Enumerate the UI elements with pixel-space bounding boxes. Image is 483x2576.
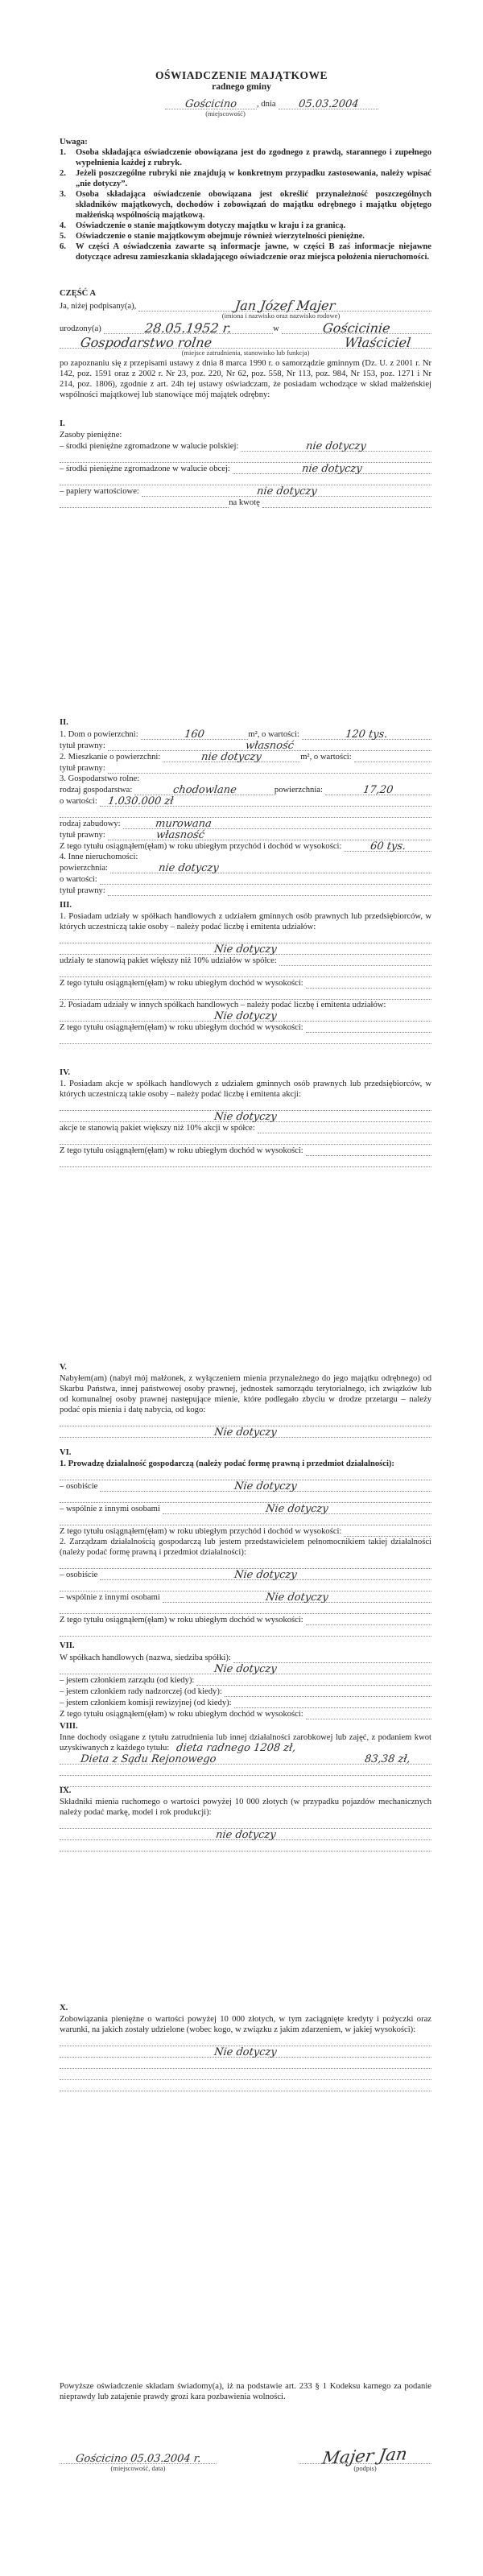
management-income-line	[306, 1624, 431, 1625]
securities-value: nie dotyczy	[256, 487, 317, 497]
management-personally-label: – osobiście	[60, 1570, 100, 1580]
movable-property-value: nie dotyczy	[215, 1831, 276, 1840]
farm-title-row: tytuł prawny: własność	[60, 829, 431, 840]
house-row: 1. Dom o powierzchni: 160 m², o wartości…	[60, 729, 431, 740]
farm-type-line: chodowlane	[134, 785, 275, 795]
cash-fx-line: nie dotyczy	[233, 464, 431, 474]
cash-pln-value: nie dotyczy	[306, 442, 367, 452]
farm-income-line: 60 tys.	[344, 841, 431, 852]
shares-other-income-label: Z tego tytułu osiągnąłem(ęłam) w roku ub…	[60, 1022, 306, 1033]
other-title-row: tytuł prawny:	[60, 885, 431, 896]
section-10-number: X.	[60, 2003, 431, 2014]
sign-signature: Majer Jan (podpis)	[299, 2447, 431, 2472]
companies-value: Nie dotyczy	[213, 1665, 277, 1674]
house-value-line: 120 tys.	[302, 729, 431, 740]
born-in-label: w	[273, 324, 282, 334]
acquired-property-paragraph: Nabyłem(am) (nabył mój małżonek, z wyłąc…	[60, 1373, 431, 1415]
declarant-name: Jan Józef Majer	[234, 299, 336, 312]
section-9-block: IX. Składniki mienia ruchomego o wartośc…	[60, 1785, 431, 1851]
note-number: 5.	[60, 231, 76, 242]
place-caption: (miejscowość)	[165, 109, 286, 118]
section-7-block: VII. W spółkach handlowych (nazwa, siedz…	[60, 1641, 431, 1719]
farm-area-line: 17,20	[325, 785, 431, 795]
section-1-number: I.	[60, 419, 431, 430]
place-line: Gościcino	[165, 99, 257, 109]
sign-place-date-value: Gościcino 05.03.2004 r.	[75, 2454, 201, 2464]
stocks-income-row: Z tego tytułu osiągnąłem(ęłam) w roku ub…	[60, 1145, 431, 1156]
management-jointly-value: Nie dotyczy	[265, 1593, 328, 1603]
note-text: Jeżeli poszczególne rubryki nie znajdują…	[76, 168, 431, 189]
farm-title-label: tytuł prawny:	[60, 830, 108, 840]
employment-row: Gospodarstwo rolne Właściciel	[60, 336, 431, 349]
dotted-line	[60, 2035, 431, 2046]
note-text: Oświadczenie o stanie majątkowym obejmuj…	[76, 231, 431, 242]
securities-label: – papiery wartościowe:	[60, 486, 142, 497]
farm-title-value: własność	[155, 831, 204, 840]
cash-pln-label: – środki pieniężne zgromadzone w walucie…	[60, 441, 241, 452]
stocks-income-label: Z tego tytułu osiągnąłem(ęłam) w roku ub…	[60, 1146, 306, 1156]
dotted-line	[60, 1133, 431, 1145]
apartment-value-line	[354, 762, 431, 762]
board-member-label: – jestem członkiem zarządu (od kiedy):	[60, 1675, 196, 1686]
farm-value-label: o wartości:	[60, 796, 100, 807]
section-5-block: V. Nabyłem(am) (nabył mój małżonek, z wy…	[60, 1362, 431, 1438]
note-number: 4.	[60, 221, 76, 231]
legal-clause: po zapoznaniu się z przepisami ustawy z …	[60, 358, 431, 400]
management-income-label: Z tego tytułu osiągnąłem(ęłam) w roku ub…	[60, 1615, 306, 1625]
section-1-title: Zasoby pieniężne:	[60, 430, 431, 440]
farm-type-value: chodowlane	[172, 786, 237, 795]
employment-line: Gospodarstwo rolne Właściciel	[60, 336, 431, 349]
section-3-block: III. 1. Posiadam udziały w spółkach hand…	[60, 900, 431, 1044]
companies-value-line: Nie dotyczy	[60, 1664, 431, 1674]
dotted-line	[60, 989, 431, 1000]
dotted-line	[60, 2058, 431, 2069]
farm-build-value: murowana	[155, 819, 212, 829]
business-personally-label: – osobiście	[60, 1481, 100, 1492]
management-income-row: Z tego tytułu osiągnąłem(ęłam) w roku ub…	[60, 1614, 431, 1625]
farm-area-value: 17,20	[363, 786, 394, 795]
dotted-line	[60, 2069, 431, 2080]
movable-property-value-row: nie dotyczy	[60, 1829, 431, 1840]
signature-row: Majer Jan	[299, 2447, 431, 2464]
section-2-number: II.	[60, 717, 431, 729]
document-subtitle: radnego gminy	[0, 81, 483, 93]
dotted-line	[60, 1156, 431, 1167]
dotted-line	[60, 2080, 431, 2091]
dotted-line	[60, 932, 431, 943]
farm-build-row: rodzaj zabudowy: murowana	[60, 818, 431, 829]
other-income-value-1: dieta radnego 1208 zł,	[175, 1744, 296, 1753]
business-personally-value: Nie dotyczy	[234, 1482, 298, 1492]
audit-member-label: – jestem członkiem komisji rewizyjnej (o…	[60, 1698, 234, 1708]
companies-label: W spółkach handlowych (nazwa, siedziba s…	[60, 1653, 233, 1663]
other-title-label: tytuł prawny:	[60, 885, 108, 896]
birth-row: urodzony(a) 28.05.1952 r. w Gościcinie	[60, 321, 431, 334]
dotted-line	[60, 807, 431, 818]
place-date-row: Gościcino , dnia 05.03.2004	[165, 98, 378, 109]
other-estate-label: 4. Inne nieruchomości:	[60, 852, 431, 862]
shares-municipal-line: Nie dotyczy	[60, 944, 431, 955]
farm-type-label: rodzaj gospodarstwa:	[60, 785, 134, 795]
section-8-number: VIII.	[60, 1721, 431, 1732]
companies-row: W spółkach handlowych (nazwa, siedziba s…	[60, 1652, 431, 1663]
house-area-line: 160	[141, 729, 249, 740]
dnia-label: , dnia	[257, 99, 279, 109]
signature-block: Gościcino 05.03.2004 r. (miejscowość, da…	[60, 2447, 431, 2472]
stocks-packet-line	[258, 1133, 431, 1133]
place-value: Gościcino	[184, 100, 237, 109]
management-personally-value: Nie dotyczy	[234, 1571, 298, 1580]
note-number: 6.	[60, 242, 76, 262]
farm-label: 3. Gospodarstwo rolne:	[60, 774, 431, 784]
signature-value: Majer Jan	[321, 2446, 408, 2466]
section-6-number: VI.	[60, 1447, 431, 1459]
apartment-value: nie dotyczy	[201, 753, 262, 762]
criminal-liability-clause: Powyższe oświadczenie składam świadomy(a…	[60, 2381, 431, 2402]
dotted-line	[60, 1469, 431, 1480]
document-header: OŚWIADCZENIE MAJĄTKOWE radnego gminy	[0, 69, 483, 93]
stocks-income-line	[306, 1155, 431, 1156]
dotted-line	[60, 1625, 431, 1637]
farm-title-line: własność	[108, 830, 431, 840]
companies-value-row: Nie dotyczy	[60, 1663, 431, 1674]
securities-line: nie dotyczy	[142, 486, 431, 497]
dotted-line	[60, 1415, 431, 1426]
business-activity-paragraph: 1. Prowadzę działalność gospodarczą (nal…	[60, 1459, 431, 1469]
date-value: 05.03.2004	[298, 100, 359, 109]
note-item: 1. Osoba składająca oświadczenie obowiąz…	[60, 147, 431, 168]
footer-clause-block: Powyższe oświadczenie składam świadomy(a…	[60, 2381, 431, 2402]
house-title-value: własność	[245, 741, 294, 751]
date-line: 05.03.2004	[279, 99, 378, 109]
birth-label: urodzony(a)	[60, 324, 104, 334]
section-3-number: III.	[60, 900, 431, 911]
shares-municipal-paragraph: 1. Posiadam udziały w spółkach handlowyc…	[60, 911, 431, 932]
farm-area-label: powierzchnia:	[275, 785, 325, 795]
part-a-block: CZĘŚĆ A Ja, niżej podpisany(a), Jan Józe…	[60, 288, 431, 400]
farm-income-label: Z tego tytułu osiągnąłem(ęłam) w roku ub…	[60, 841, 344, 852]
business-income-label: Z tego tytułu osiągnąłem(ęłam) w roku ub…	[60, 1526, 344, 1537]
business-personally-row: – osobiście Nie dotyczy	[60, 1480, 431, 1492]
amount-left-line	[60, 507, 229, 508]
liabilities-paragraph: Zobowiązania pieniężne o wartości powyże…	[60, 2014, 431, 2035]
cash-fx-row: – środki pieniężne zgromadzone w walucie…	[60, 463, 431, 474]
sign-place-date-caption: (miejscowość, data)	[60, 2464, 217, 2472]
shares-municipal-value-row: Nie dotyczy	[60, 943, 431, 955]
dotted-line	[60, 1514, 431, 1525]
notes-block: Uwaga: 1. Osoba składająca oświadczenie …	[60, 137, 431, 262]
apartment-title-row: tytuł prawny:	[60, 762, 431, 774]
liabilities-value: Nie dotyczy	[213, 2048, 277, 2058]
note-item: 2. Jeżeli poszczególne rubryki nie znajd…	[60, 168, 431, 189]
management-jointly-label: – wspólnie z innymi osobami	[60, 1592, 163, 1603]
supervisory-member-label: – jestem członkiem rady nadzorczej (od k…	[60, 1686, 225, 1697]
movable-property-paragraph: Składniki mienia ruchomego o wartości po…	[60, 1797, 431, 1818]
dotted-line	[60, 1580, 431, 1591]
shares-other-income-row: Z tego tytułu osiągnąłem(ęłam) w roku ub…	[60, 1022, 431, 1033]
position-value: Właściciel	[344, 336, 411, 349]
securities-row: – papiery wartościowe: nie dotyczy	[60, 485, 431, 497]
note-number: 1.	[60, 147, 76, 168]
apartment-row: 2. Mieszkanie o powierzchni: nie dotyczy…	[60, 751, 431, 762]
house-title-row: tytuł prawny: własność	[60, 740, 431, 751]
note-text: Osoba składająca oświadczenie obowiązana…	[76, 147, 431, 168]
apartment-unit-label: m², o wartości:	[300, 752, 354, 762]
board-member-row: – jestem członkiem zarządu (od kiedy):	[60, 1674, 431, 1686]
liabilities-value-row: Nie dotyczy	[60, 2046, 431, 2058]
business-jointly-row: – wspólnie z innymi osobami Nie dotyczy	[60, 1503, 431, 1514]
section-2-block: II. 1. Dom o powierzchni: 160 m², o wart…	[60, 717, 431, 896]
other-area-line: nie dotyczy	[110, 863, 431, 873]
dotted-line	[60, 1818, 431, 1829]
other-income-value-row: Dieta z Sądu Rejonowego 83,38 zł,	[60, 1753, 431, 1765]
section-6-block: VI. 1. Prowadzę działalność gospodarczą …	[60, 1447, 431, 1637]
dotted-line	[60, 966, 431, 977]
place-date-block: Gościcino , dnia 05.03.2004 (miejscowość…	[165, 98, 378, 118]
note-text: Oświadczenie o stanie majątkowym dotyczy…	[76, 221, 431, 231]
board-member-line	[196, 1685, 431, 1686]
management-jointly-row: – wspólnie z innymi osobami Nie dotyczy	[60, 1591, 431, 1603]
stocks-packet-label: akcje te stanowią pakiet większy niż 10%…	[60, 1123, 258, 1133]
shares-other-value-row: Nie dotyczy	[60, 1010, 431, 1022]
farm-type-row: rodzaj gospodarstwa: chodowlane powierzc…	[60, 784, 431, 795]
farm-build-line: murowana	[123, 819, 431, 829]
farm-income-value: 60 tys.	[369, 842, 407, 852]
other-value-label: o wartości:	[60, 874, 100, 885]
stocks-paragraph: 1. Posiadam akcje w spółkach handlowych …	[60, 1079, 431, 1100]
dotted-line	[60, 452, 431, 463]
dotted-line	[60, 1840, 431, 1851]
securities-amount-row: na kwotę	[60, 497, 431, 508]
section-8-block: VIII. Inne dochody osiągane z tytułu zat…	[60, 1721, 431, 1787]
farm-value: 1.030.000 zł	[107, 797, 174, 807]
apartment-label: 2. Mieszkanie o powierzchni:	[60, 752, 163, 762]
other-value-row: o wartości:	[60, 873, 431, 885]
acquired-property-value-row: Nie dotyczy	[60, 1426, 431, 1438]
apartment-title-label: tytuł prawny:	[60, 763, 108, 774]
other-income-line: Dieta z Sądu Rejonowego 83,38 zł,	[60, 1754, 431, 1765]
dotted-line	[60, 1492, 431, 1503]
shares-other-value: Nie dotyczy	[213, 1012, 277, 1022]
house-area-value: 160	[184, 730, 204, 740]
amount-label: na kwotę	[229, 497, 262, 508]
management-personally-row: – osobiście Nie dotyczy	[60, 1569, 431, 1580]
birth-place: Gościcinie	[322, 322, 391, 334]
birth-date: 28.05.1952 r.	[144, 322, 233, 334]
audit-member-row: – jestem członkiem komisji rewizyjnej (o…	[60, 1697, 431, 1708]
section-4-block: IV. 1. Posiadam akcje w spółkach handlow…	[60, 1067, 431, 1167]
dotted-line	[60, 1558, 431, 1569]
acquired-property-line: Nie dotyczy	[60, 1427, 431, 1438]
other-income-amount-2: 83,38 zł,	[365, 1755, 411, 1765]
other-area-row: powierzchnia: nie dotyczy	[60, 862, 431, 873]
cash-fx-label: – środki pieniężne zgromadzone w walucie…	[60, 464, 233, 474]
employment-value: Gospodarstwo rolne	[80, 336, 213, 349]
cash-pln-line: nie dotyczy	[241, 441, 431, 452]
note-number: 2.	[60, 168, 76, 189]
house-title-line: własność	[108, 741, 431, 751]
sign-place-date: Gościcino 05.03.2004 r. (miejscowość, da…	[60, 2453, 217, 2472]
sign-place-date-line: Gościcino 05.03.2004 r.	[60, 2454, 217, 2464]
section-10-block: X. Zobowiązania pieniężne o wartości pow…	[60, 2003, 431, 2091]
farm-value-line: 1.030.000 zł	[100, 796, 431, 807]
dotted-line	[60, 1603, 431, 1614]
shares-other-line: Nie dotyczy	[60, 1011, 431, 1022]
management-jointly-line: Nie dotyczy	[163, 1592, 431, 1603]
notes-heading: Uwaga:	[60, 137, 431, 147]
shares-packet-label: udziały te stanowią pakiet większy niż 1…	[60, 956, 279, 966]
stocks-value: Nie dotyczy	[213, 1113, 277, 1122]
section-4-number: IV.	[60, 1067, 431, 1079]
other-area-value: nie dotyczy	[158, 864, 219, 873]
declarant-name-line: Jan Józef Majer	[138, 299, 431, 312]
dotted-line	[60, 474, 431, 485]
audit-member-line	[234, 1707, 431, 1708]
stocks-value-line: Nie dotyczy	[60, 1112, 431, 1122]
stocks-packet-row: akcje te stanowią pakiet większy niż 10%…	[60, 1122, 431, 1133]
companies-income-label: Z tego tytułu osiągnąłem(ęłam) w roku ub…	[60, 1709, 306, 1719]
note-item: 6. W części A oświadczenia zawarte są in…	[60, 242, 431, 262]
note-item: 3. Osoba składająca oświadczenie obowiąz…	[60, 189, 431, 221]
supervisory-member-line	[225, 1696, 431, 1697]
business-jointly-line: Nie dotyczy	[163, 1504, 431, 1514]
shares-income-label: Z tego tytułu osiągnąłem(ęłam) w roku ub…	[60, 978, 306, 989]
apartment-area-line: nie dotyczy	[163, 752, 300, 762]
other-income-value-2: Dieta z Sądu Rejonowego	[80, 1755, 217, 1765]
dotted-line	[60, 1765, 431, 1776]
farm-value-row: o wartości: 1.030.000 zł	[60, 795, 431, 807]
liabilities-line: Nie dotyczy	[60, 2047, 431, 2058]
note-text: W części A oświadczenia zawarte są infor…	[76, 242, 431, 262]
business-personally-line: Nie dotyczy	[100, 1481, 431, 1492]
companies-income-line	[306, 1719, 431, 1719]
management-personally-line: Nie dotyczy	[100, 1570, 431, 1580]
companies-income-row: Z tego tytułu osiągnąłem(ęłam) w roku ub…	[60, 1708, 431, 1719]
supervisory-member-row: – jestem członkiem rady nadzorczej (od k…	[60, 1686, 431, 1697]
other-value-line	[100, 884, 431, 885]
dotted-line	[60, 1033, 431, 1044]
section-1-block: I. Zasoby pieniężne: – środki pieniężne …	[60, 419, 431, 508]
house-unit-label: m², o wartości:	[248, 729, 302, 740]
note-number: 3.	[60, 189, 76, 221]
amount-right-line	[262, 507, 431, 508]
birth-place-line: Gościcinie	[282, 321, 431, 334]
cash-fx-value: nie dotyczy	[301, 464, 362, 474]
document-title: OŚWIADCZENIE MAJĄTKOWE	[0, 69, 483, 81]
note-text: Osoba składająca oświadczenie obowiązana…	[76, 189, 431, 221]
house-label: 1. Dom o powierzchni:	[60, 729, 141, 740]
acquired-property-value: Nie dotyczy	[213, 1428, 277, 1438]
dotted-line	[60, 1100, 431, 1111]
other-area-label: powierzchnia:	[60, 863, 110, 873]
shares-other-income-line	[306, 1032, 431, 1033]
declarant-intro-label: Ja, niżej podpisany(a),	[60, 301, 138, 312]
management-paragraph: 2. Zarządzam działalnością gospodarczą l…	[60, 1537, 431, 1558]
farm-build-label: rodzaj zabudowy:	[60, 819, 123, 829]
movable-property-line: nie dotyczy	[60, 1830, 431, 1840]
other-title-line	[108, 895, 431, 896]
business-jointly-value: Nie dotyczy	[265, 1505, 328, 1514]
stocks-value-row: Nie dotyczy	[60, 1111, 431, 1122]
note-item: 4. Oświadczenie o stanie majątkowym doty…	[60, 221, 431, 231]
shares-municipal-value: Nie dotyczy	[213, 945, 277, 955]
cash-pln-row: – środki pieniężne zgromadzone w walucie…	[60, 440, 431, 452]
house-title-label: tytuł prawny:	[60, 741, 108, 751]
birth-date-line: 28.05.1952 r.	[104, 321, 273, 334]
business-jointly-label: – wspólnie z innymi osobami	[60, 1504, 163, 1514]
other-income-paragraph: Inne dochody osiągane z tytułu zatrudnie…	[60, 1732, 431, 1753]
sign-place-date-row: Gościcino 05.03.2004 r.	[60, 2453, 217, 2464]
shares-income-line	[306, 988, 431, 989]
farm-income-row: Z tego tytułu osiągnąłem(ęłam) w roku ub…	[60, 840, 431, 852]
apartment-title-line	[108, 773, 431, 774]
section-9-number: IX.	[60, 1785, 431, 1797]
shares-packet-line	[279, 965, 431, 966]
house-value: 120 tys.	[345, 730, 389, 740]
shares-packet-row: udziały te stanowią pakiet większy niż 1…	[60, 955, 431, 966]
note-item: 5. Oświadczenie o stanie majątkowym obej…	[60, 231, 431, 242]
section-5-number: V.	[60, 1362, 431, 1373]
shares-other-paragraph: 2. Posiadam udziały w innych spółkach ha…	[60, 1000, 431, 1010]
business-income-row: Z tego tytułu osiągnąłem(ęłam) w roku ub…	[60, 1525, 431, 1537]
scanned-declaration-page: { "document": { "title": "OŚWIADCZENIE M…	[0, 0, 483, 2576]
declarant-name-row: Ja, niżej podpisany(a), Jan Józef Majer	[60, 299, 431, 312]
section-7-number: VII.	[60, 1641, 431, 1652]
shares-income-row: Z tego tytułu osiągnąłem(ęłam) w roku ub…	[60, 977, 431, 989]
signature-line: Majer Jan	[299, 2447, 431, 2464]
